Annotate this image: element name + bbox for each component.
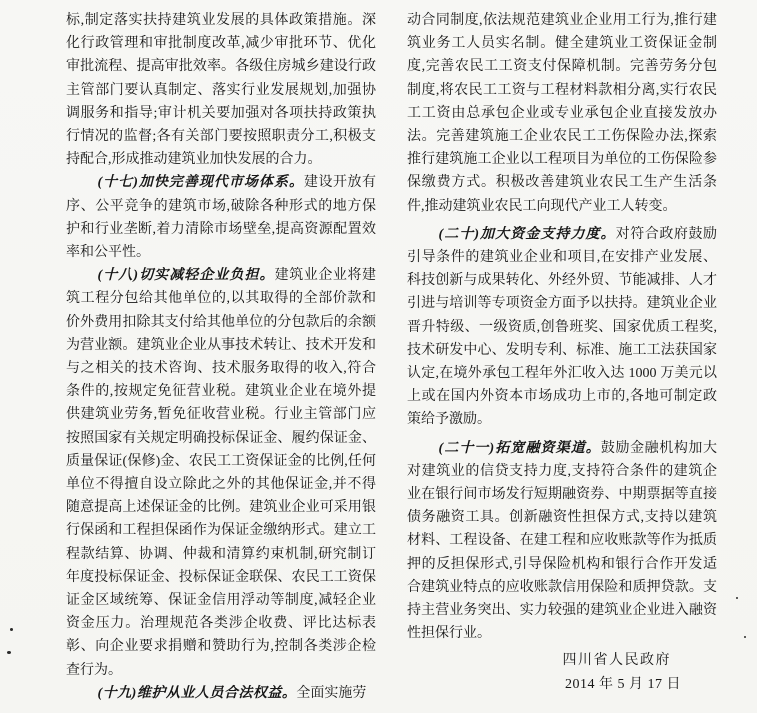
paragraph-text: 对符合政府鼓励引导条件的建筑业企业和项目,在安排产业发展、科技创新与成果转化、外…: [407, 227, 717, 428]
paragraph-continuation: 动合同制度,依法规范建筑业企业用工行为,推行建筑业务工人员实名制。健全建筑业工资…: [407, 9, 717, 218]
left-text-column: 标,制定落实扶持建筑业发展的具体政策措施。深化行政管理和审批制度改革,减少审批环…: [66, 9, 376, 705]
section-heading: (十七)加快完善现代市场体系。: [98, 175, 304, 190]
paragraph-section-21: (二十一)拓宽融资渠道。鼓励金融机构加大对建筑业的信贷支持力度,支持符合条件的建…: [407, 437, 717, 646]
issuer-signature: 四川省人民政府: [407, 649, 717, 672]
paragraph-text: 鼓励金融机构加大对建筑业的信贷支持力度,支持符合条件的建筑企业在银行间市场发行短…: [407, 441, 717, 642]
paragraph-text: 标,制定落实扶持建筑业发展的具体政策措施。深化行政管理和审批制度改革,减少审批环…: [66, 13, 376, 167]
section-heading: (二十)加大资金支持力度。: [439, 227, 616, 242]
section-heading: (二十一)拓宽融资渠道。: [439, 441, 601, 456]
paragraph-section-18: (十八)切实减轻企业负担。建筑业企业将建筑工程分包给其他单位的,以其取得的全部价…: [66, 264, 376, 682]
scan-speck: [10, 628, 13, 631]
paragraph-section-17: (十七)加快完善现代市场体系。建设开放有序、公平竞争的建筑市场,破除各种形式的地…: [66, 171, 376, 264]
right-text-column: 动合同制度,依法规范建筑业企业用工行为,推行建筑业务工人员实名制。健全建筑业工资…: [407, 9, 717, 696]
paragraph-text: 动合同制度,依法规范建筑业企业用工行为,推行建筑业务工人员实名制。健全建筑业工资…: [407, 13, 717, 214]
issue-date: 2014 年 5 月 17 日: [407, 673, 717, 696]
paragraph-text: 建筑业企业将建筑工程分包给其他单位的,以其取得的全部价款和价外费用扣除其支付给其…: [66, 268, 376, 677]
scanned-document-page: 标,制定落实扶持建筑业发展的具体政策措施。深化行政管理和审批制度改革,减少审批环…: [0, 0, 757, 713]
paragraph-section-19: (十九)维护从业人员合法权益。全面实施劳: [66, 682, 376, 705]
section-heading: (十九)维护从业人员合法权益。: [98, 686, 297, 701]
paragraph-section-20: (二十)加大资金支持力度。对符合政府鼓励引导条件的建筑业企业和项目,在安排产业发…: [407, 223, 717, 432]
scan-speck: [7, 651, 11, 654]
scan-speck: [744, 636, 746, 638]
section-heading: (十八)切实减轻企业负担。: [98, 268, 275, 283]
paragraph-text: 全面实施劳: [296, 686, 366, 701]
scan-speck: [736, 597, 738, 599]
paragraph-continuation: 标,制定落实扶持建筑业发展的具体政策措施。深化行政管理和审批制度改革,减少审批环…: [66, 9, 376, 171]
